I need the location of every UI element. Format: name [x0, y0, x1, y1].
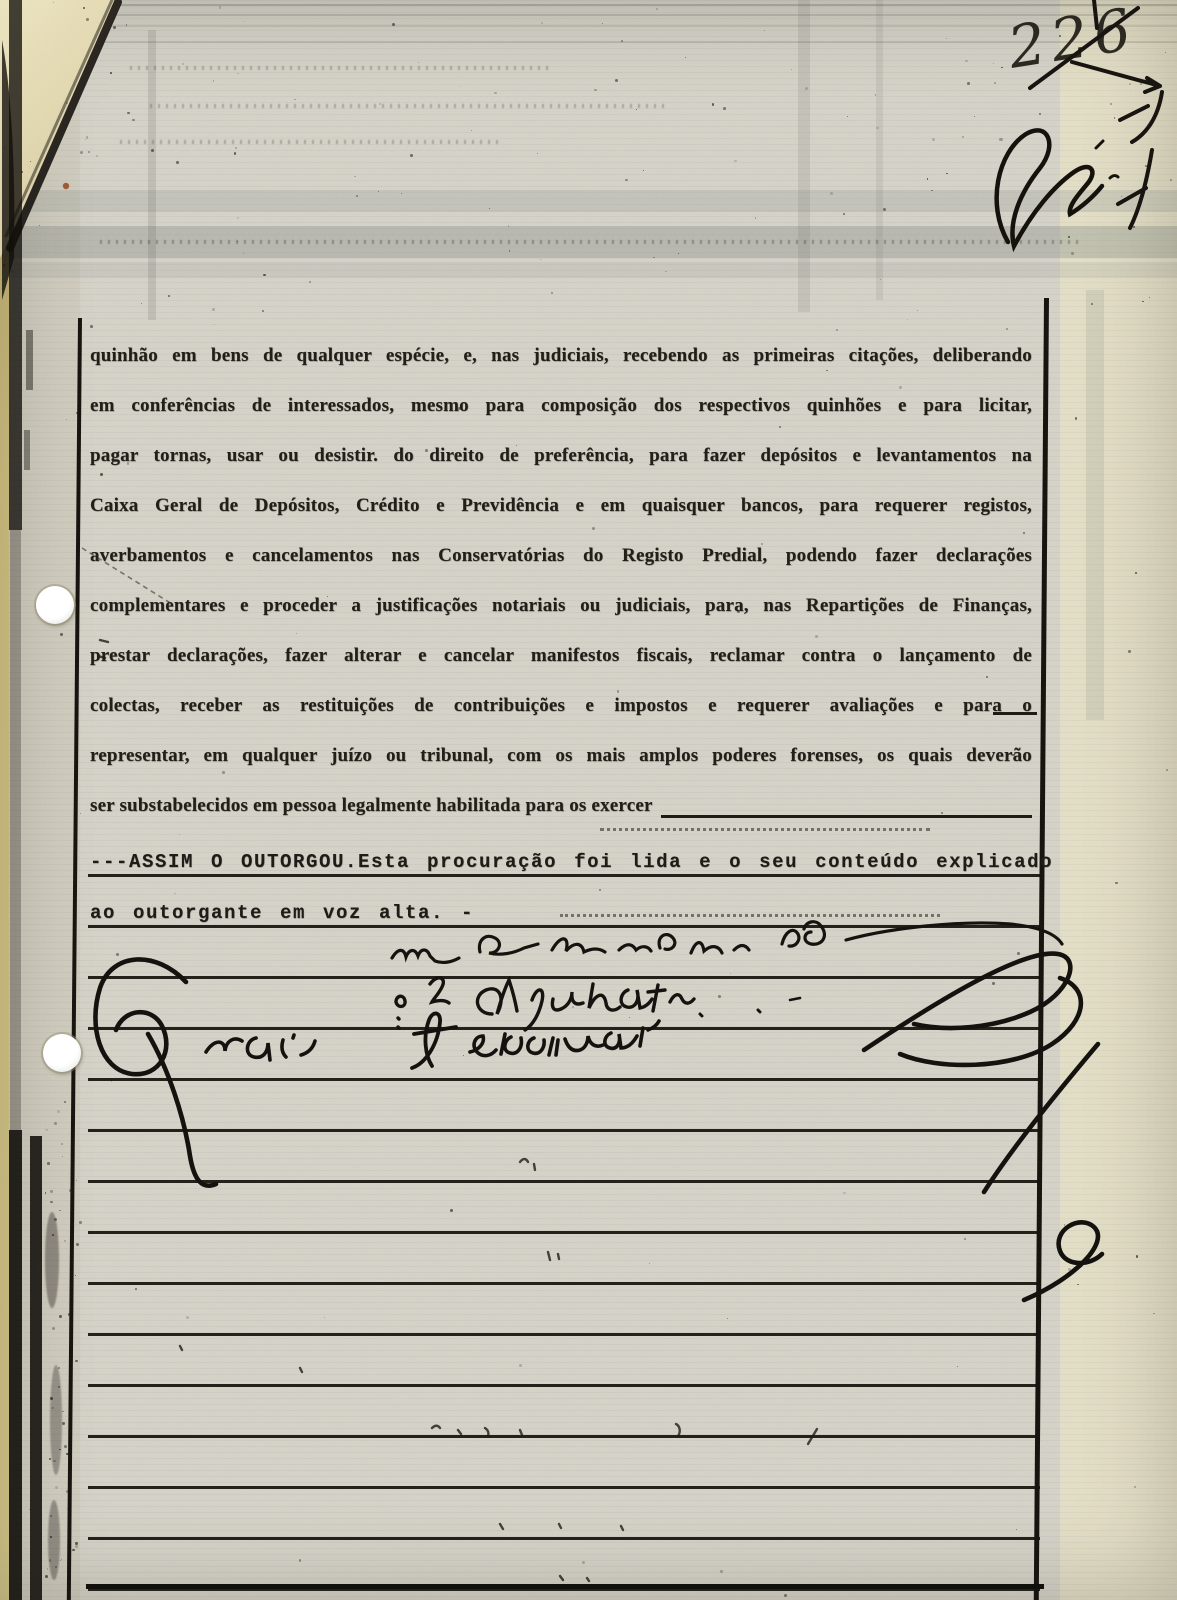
ghost-impression — [130, 66, 550, 70]
typed-line: ---ASSIM O OUTORGOU.Esta procuração foi … — [90, 842, 1040, 893]
typed-line: colectas, receber as restituições de con… — [90, 681, 1032, 731]
bottom-rule — [86, 1584, 1044, 1589]
hole-punch — [43, 1034, 81, 1072]
typed-line: Caixa Geral de Depósitos, Crédito e Prev… — [90, 481, 1032, 531]
folded-corner — [0, 0, 122, 258]
trailing-rule — [661, 815, 1032, 818]
typed-line: representar, em qualquer juízo ou tribun… — [90, 731, 1032, 781]
typed-line: quinhão em bens de qualquer espécie, e, … — [90, 331, 1032, 381]
typed-line: em conferências de interessados, mesmo p… — [90, 381, 1032, 431]
scan-band — [0, 262, 1177, 278]
page-number-strikethrough — [1030, 0, 1162, 228]
rubric-scribble — [997, 130, 1118, 246]
ink-smudge — [600, 828, 930, 831]
scan-streak — [148, 30, 156, 320]
ghost-impression — [120, 140, 500, 144]
scan-streak — [0, 4, 1177, 6]
typed-line: prestar declarações, fazer alterar e can… — [90, 631, 1032, 681]
ghost-impression — [150, 104, 670, 108]
hole-punch — [36, 586, 74, 624]
typed-body-text: quinhão em bens de qualquer espécie, e, … — [90, 331, 1032, 781]
typed-line: ser substabelecidos em pessoa legalmente… — [90, 781, 653, 831]
scan-streak — [876, 0, 883, 300]
scan-streak — [0, 25, 1177, 27]
typed-line: pagar tornas, usar ou desistir. do direi… — [90, 431, 1032, 481]
trailing-dash — [993, 712, 1037, 715]
scanned-document-page: quinhão em bens de qualquer espécie, e, … — [0, 0, 1177, 1600]
ghost-impression — [100, 240, 1080, 244]
typed-line-last: ser substabelecidos em pessoa legalmente… — [90, 781, 1032, 831]
scan-band — [0, 190, 1177, 212]
typed-closing-text: ---ASSIM O OUTORGOU.Esta procuração foi … — [90, 842, 1040, 944]
typed-line: ao outorgante em voz alta. - — [90, 893, 1040, 944]
handwritten-page-number-group: 226 — [1003, 0, 1162, 228]
scan-streak — [0, 14, 1177, 16]
typed-line: complementares e proceder a justificaçõe… — [90, 581, 1032, 631]
scan-streak — [1086, 290, 1104, 720]
scan-streak — [0, 41, 1177, 43]
margin-rule-left — [67, 318, 82, 1600]
scan-streak — [798, 0, 810, 312]
typed-line: averbamentos e cancelamentos nas Conserv… — [90, 531, 1032, 581]
